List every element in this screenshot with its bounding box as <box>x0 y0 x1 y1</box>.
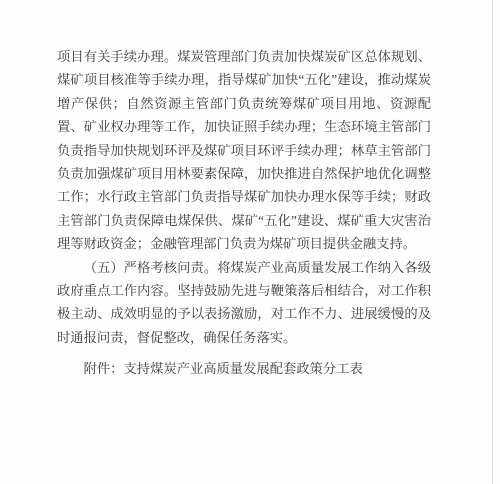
document-page: 项目有关手续办理。煤炭管理部门负责加快煤炭矿区总体规划、煤矿项目核准等手续办理，… <box>0 0 500 484</box>
paragraph-duties-continuation: 项目有关手续办理。煤炭管理部门负责加快煤炭矿区总体规划、煤矿项目核准等手续办理，… <box>57 45 431 256</box>
page-right-edge-line <box>492 0 493 484</box>
attachment-reference-line: 附件：支持煤炭产业高质量发展配套政策分工表 <box>57 357 431 380</box>
paragraph-item-five-assessment: （五）严格考核问责。将煤炭产业高质量发展工作纳入各级政府重点工作内容。坚持鼓励先… <box>57 256 431 350</box>
document-body: 项目有关手续办理。煤炭管理部门负责加快煤炭矿区总体规划、煤矿项目核准等手续办理，… <box>57 45 431 381</box>
